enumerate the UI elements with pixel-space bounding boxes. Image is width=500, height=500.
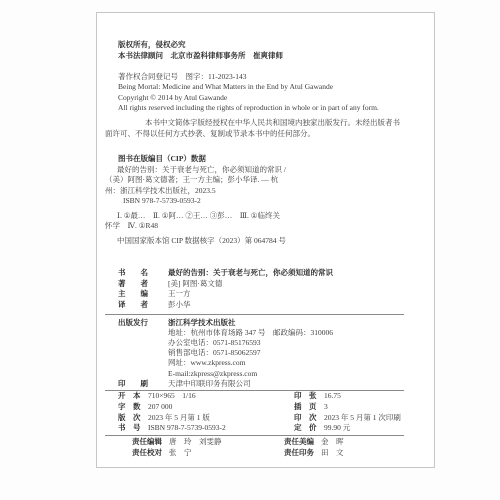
cip-line: 州：浙江科学技术出版社，2023.5 — [105, 186, 404, 197]
edition-value: 2023 年 5 月第 1 版 — [148, 413, 294, 424]
proofreader-value: 张 宁 — [169, 447, 284, 458]
publisher-details: 地址：杭州市体育场路 347 号 邮政编码：310006 办公室电话：0571-… — [168, 328, 404, 379]
top-notice-block: 版权所有，侵权必究 本书法律顾问 北京市盈科律师事务所 崔爽律师 — [118, 40, 404, 61]
original-title-line: Being Mortal: Medicine and What Matters … — [118, 82, 404, 93]
copyright-notice: 版权所有，侵权必究 — [118, 40, 404, 51]
publisher-website-line: 网址：www.zkpress.com — [168, 358, 404, 368]
book-author-value: [美] 阿图·葛文德 — [168, 279, 404, 290]
cip-heading: 图书在版编目（CIP）数据 — [118, 154, 404, 165]
publisher-row: 出版发行 浙江科学技术出版社 — [118, 318, 404, 328]
legal-advisor-line: 本书法律顾问 北京市盈科律师事务所 崔爽律师 — [118, 51, 404, 62]
book-info-row: 译 者 彭小华 — [118, 300, 404, 311]
book-info-row: 著 者 [美] 阿图·葛文德 — [118, 279, 404, 290]
all-rights-line: All rights reserved including the rights… — [118, 103, 404, 114]
book-translator-value: 彭小华 — [168, 300, 404, 311]
cip-body: 最好的告别：关于衰老与死亡，你必须知道的常识 / （美）阿图·葛文德著；王一方主… — [105, 165, 404, 207]
divider-rule — [105, 314, 404, 315]
proofreader-label: 责任校对 — [132, 447, 169, 458]
art-editor-label: 责任美编 — [284, 436, 321, 447]
publisher-label: 出版发行 — [118, 318, 168, 328]
spec-row: 版 次 2023 年 5 月第 1 版 印 次 2023 年 5 月第 1 次印… — [118, 413, 404, 424]
publisher-office-phone-line: 办公室电话：0571-85176593 — [168, 338, 404, 348]
printer-label: 印 刷 — [118, 379, 168, 389]
price-value: 99.90 元 — [324, 423, 404, 434]
cip-classification: Ⅰ. ①最… Ⅱ. ①阿… ②王… ③彭… Ⅲ. ①临终关 怀学 Ⅳ. ①R48 — [105, 211, 404, 232]
managing-editor-value: 唐 玲 刘雯静 — [169, 436, 284, 447]
print-supervisor-label: 责任印务 — [284, 447, 321, 458]
rights-block: 著作权合同登记号 图字：11-2023-143 Being Mortal: Me… — [118, 72, 404, 114]
registration-line: 著作权合同登记号 图字：11-2023-143 — [118, 72, 404, 83]
book-title-label: 书 名 — [118, 268, 168, 279]
staff-row: 责任编辑 唐 玲 刘雯静 责任美编 金 晖 — [132, 436, 404, 447]
book-author-label: 著 者 — [118, 279, 168, 290]
cip-isbn-line: ISBN 978-7-5739-0593-2 — [105, 196, 404, 207]
inserts-value: 3 — [324, 402, 404, 413]
staff-row: 责任校对 张 宁 责任印务 田 文 — [132, 447, 404, 458]
impression-label: 印 次 — [294, 413, 324, 424]
inserts-label: 插 页 — [294, 402, 324, 413]
book-title-value: 最好的告别：关于衰老与死亡，你必须知道的常识 — [168, 268, 404, 279]
isbn-value: ISBN 978-7-5739-0593-2 — [148, 423, 294, 434]
staff-block: 责任编辑 唐 玲 刘雯静 责任美编 金 晖 责任校对 张 宁 责任印务 田 文 — [132, 436, 404, 458]
publisher-name: 浙江科学技术出版社 — [168, 318, 404, 328]
book-editor-value: 王一方 — [168, 289, 404, 300]
spec-block: 开 本 710×965 1/16 印 张 16.75 字 数 207 000 插… — [118, 391, 404, 434]
book-editor-label: 主 编 — [118, 289, 168, 300]
publisher-block: 出版发行 浙江科学技术出版社 地址：杭州市体育场路 347 号 邮政编码：310… — [105, 318, 404, 389]
cip-classification-line: Ⅰ. ①最… Ⅱ. ①阿… ②王… ③彭… Ⅲ. ①临终关 — [105, 211, 404, 222]
managing-editor-label: 责任编辑 — [132, 436, 169, 447]
spec-row: 字 数 207 000 插 页 3 — [118, 402, 404, 413]
cip-line: （美）阿图·葛文德著；王一方主编；彭小华译. — 杭 — [105, 175, 404, 186]
impression-value: 2023 年 5 月第 1 次印刷 — [324, 413, 404, 424]
book-info-row: 书 名 最好的告别：关于衰老与死亡，你必须知道的常识 — [118, 268, 404, 279]
price-label: 定 价 — [294, 423, 324, 434]
copyright-line: Copyright © 2014 by Atul Gawande — [118, 93, 404, 104]
book-translator-label: 译 者 — [118, 300, 168, 311]
sheets-value: 16.75 — [324, 391, 404, 402]
printer-value: 天津中印联印务有限公司 — [168, 379, 404, 389]
exclusive-notice-paragraph: 本书中文简体字版经授权在中华人民共和国境内独家出版发行。未经出版者书面许可、不得… — [105, 118, 404, 139]
publisher-address-line: 地址：杭州市体育场路 347 号 邮政编码：310006 — [168, 328, 404, 338]
format-value: 710×965 1/16 — [148, 391, 294, 402]
cip-classification-line: 怀学 Ⅳ. ①R48 — [105, 221, 404, 232]
wordcount-value: 207 000 — [148, 402, 294, 413]
spec-row: 开 本 710×965 1/16 印 张 16.75 — [118, 391, 404, 402]
print-supervisor-value: 田 文 — [321, 447, 404, 458]
publisher-email-line: E-mail:zkpress@zkpress.com — [168, 369, 404, 379]
art-editor-value: 金 晖 — [321, 436, 404, 447]
book-info-block: 书 名 最好的告别：关于衰老与死亡，你必须知道的常识 著 者 [美] 阿图·葛文… — [118, 268, 404, 310]
cip-line: 最好的告别：关于衰老与死亡，你必须知道的常识 / — [105, 165, 404, 176]
sheets-label: 印 张 — [294, 391, 324, 402]
copyright-page: 版权所有，侵权必究 本书法律顾问 北京市盈科律师事务所 崔爽律师 著作权合同登记… — [96, 12, 435, 468]
book-info-row: 主 编 王一方 — [118, 289, 404, 300]
cip-record-line: 中国国家版本馆 CIP 数据核字（2023）第 064784 号 — [105, 236, 404, 247]
publisher-sales-phone-line: 销售部电话：0571-85062597 — [168, 348, 404, 358]
format-label: 开 本 — [118, 391, 148, 402]
isbn-label: 书 号 — [118, 423, 148, 434]
wordcount-label: 字 数 — [118, 402, 148, 413]
printer-row: 印 刷 天津中印联印务有限公司 — [118, 379, 404, 389]
spec-row: 书 号 ISBN 978-7-5739-0593-2 定 价 99.90 元 — [118, 423, 404, 434]
edition-label: 版 次 — [118, 413, 148, 424]
